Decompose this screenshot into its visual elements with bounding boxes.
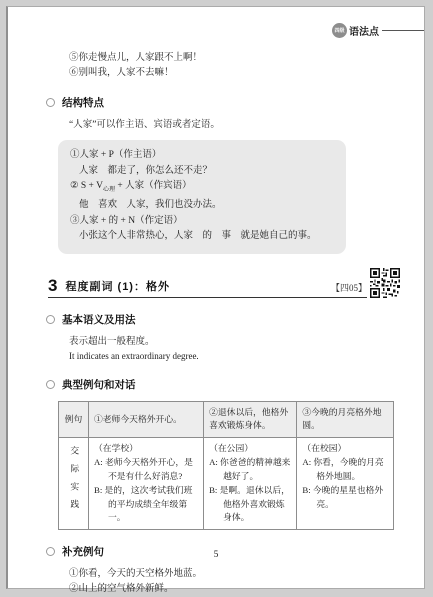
section-3-heading: 3 程度副词 (1)：格外 【四05】 <box>48 268 400 298</box>
sentence-cell: ②退休以后，他格外喜欢锻炼身体。 <box>204 401 297 437</box>
supplement-sentence: ②山上的空气格外新鲜。 <box>69 582 424 597</box>
subsection-structure: 结构特点 <box>46 95 424 110</box>
level-badge-icon: 四级 <box>332 23 347 38</box>
dialogue-line-a: A: 你看，今晚的月亮格外地圆。 <box>302 456 388 483</box>
pattern-line-pre: ② S + V <box>70 181 103 191</box>
sentence-cell: ①老师今天格外开心。 <box>88 401 203 437</box>
row-label: 交际实践 <box>59 437 89 529</box>
example-sentence: ⑤你走慢点儿，人家跟不上啊！ <box>69 51 424 66</box>
table-row-dialogues: 交际实践 （在学校） A: 老师今天格外开心，是不是有什么好消息? B: 是的，… <box>59 437 394 529</box>
section-title-line: 3 程度副词 (1)：格外 【四05】 <box>48 277 367 298</box>
semantics-zh: 表示超出一般程度。 <box>69 335 424 349</box>
pattern-line: ①人家 + P（作主语） <box>70 148 334 164</box>
grammar-pattern-box: ①人家 + P（作主语） 人家 都走了，你怎么还不走？ ② S + V心理 + … <box>58 140 346 254</box>
dialogue-scene: （在学校） <box>94 442 198 456</box>
page-header: 四级 语法点 <box>8 22 424 38</box>
example-sentence: ⑥别叫我，人家不去嘛！ <box>69 66 424 81</box>
ring-bullet-icon <box>46 315 55 324</box>
qr-code-icon <box>370 268 400 298</box>
dialogue-scene: （在校园） <box>302 442 388 456</box>
page-number: 5 <box>8 550 424 560</box>
subsection-title: 基本语义及用法 <box>62 312 136 327</box>
examples-table: 例句 ①老师今天格外开心。 ②退休以后，他格外喜欢锻炼身体。 ③今晚的月亮格外地… <box>58 401 394 530</box>
pattern-line: ③人家 + 的 + N（作定语） <box>70 214 334 230</box>
header-rule <box>382 30 424 31</box>
structure-intro: “人家”可以作主语、宾语或者定语。 <box>69 118 424 132</box>
dialogue-line-b: B: 今晚的星星也格外亮。 <box>302 484 388 511</box>
intro-examples: ⑤你走慢点儿，人家跟不上啊！ ⑥别叫我，人家不去嘛！ <box>8 51 424 81</box>
subsection-examples: 典型例句和对话 <box>46 377 424 392</box>
row-label: 例句 <box>59 401 89 437</box>
dialogue-line-b: B: 是的，这次考试我们班的平均成绩全年级第一。 <box>94 484 198 525</box>
section-title: 程度副词 (1)：格外 <box>65 278 170 294</box>
dialogue-cell: （在校园） A: 你看，今晚的月亮格外地圆。 B: 今晚的星星也格外亮。 <box>297 437 394 529</box>
dialogue-cell: （在公园） A: 你爸爸的精神越来越好了。 B: 是啊。退休以后，他格外喜欢锻炼… <box>204 437 297 529</box>
ring-bullet-icon <box>46 98 55 107</box>
pattern-line-post: + 人家（作宾语） <box>115 181 192 191</box>
header-label: 语法点 <box>349 23 379 38</box>
subsection-title: 典型例句和对话 <box>62 377 136 392</box>
table-row-sentences: 例句 ①老师今天格外开心。 ②退休以后，他格外喜欢锻炼身体。 ③今晚的月亮格外地… <box>59 401 394 437</box>
pattern-example: 人家 都走了，你怎么还不走？ <box>70 164 334 180</box>
audio-ref-label: 【四05】 <box>331 281 367 294</box>
dialogue-line-a: A: 你爸爸的精神越来越好了。 <box>209 456 291 483</box>
dialogue-cell: （在学校） A: 老师今天格外开心，是不是有什么好消息? B: 是的，这次考试我… <box>88 437 203 529</box>
vertical-row-label: 交际实践 <box>67 446 81 517</box>
subsection-title: 结构特点 <box>62 95 104 110</box>
semantics-en: It indicates an extraordinary degree. <box>69 349 424 363</box>
dialogue-line-b: B: 是啊。退休以后，他格外喜欢锻炼身体。 <box>209 484 291 525</box>
dialogue-line-a: A: 老师今天格外开心，是不是有什么好消息? <box>94 456 198 483</box>
subsection-semantics: 基本语义及用法 <box>46 312 424 327</box>
section-number: 3 <box>48 277 57 294</box>
pattern-example: 小张这个人非常热心，人家 的 事 就是她自己的事。 <box>70 229 334 245</box>
pattern-line-subscript: 心理 <box>103 187 115 193</box>
dialogue-scene: （在公园） <box>209 442 291 456</box>
textbook-page: 四级 语法点 ⑤你走慢点儿，人家跟不上啊！ ⑥别叫我，人家不去嘛！ 结构特点 “… <box>6 6 425 589</box>
supplement-sentence: ①你看，今天的天空格外地蓝。 <box>69 567 424 582</box>
sentence-cell: ③今晚的月亮格外地圆。 <box>297 401 394 437</box>
ring-bullet-icon <box>46 380 55 389</box>
pattern-example: 他 喜欢 人家，我们也没办法。 <box>70 198 334 214</box>
pattern-line: ② S + V心理 + 人家（作宾语） <box>70 179 334 198</box>
